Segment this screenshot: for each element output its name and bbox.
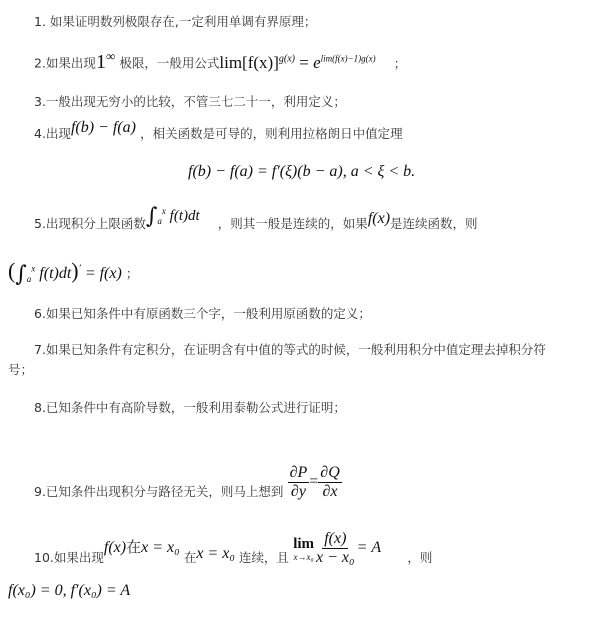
lim-word: lim: [293, 536, 314, 552]
item-4: 4.出现f(b) − f(a) ，相关函数是可导的，则利用拉格朗日中值定理: [34, 124, 403, 143]
cond2: x = x₀: [196, 545, 235, 562]
item-2-suffix: ；: [394, 56, 407, 71]
upper: x: [162, 206, 166, 216]
item-10-result: f(x₀) = 0, f′(x₀) = A: [8, 582, 130, 600]
item-7-text1: 7.如果已知条件有定积分，在证明含有中值的等式的时候，一般利用积分中值定理去掉积…: [34, 342, 546, 357]
lagrange-formula: f(b) − f(a) = f′(ξ)(b − a), a < ξ < b.: [188, 163, 415, 181]
fx: f(x): [368, 210, 390, 227]
item-2: 2.如果出现1∞ 极限，一般用公式lim[f(x)]g(x) = elim(f(…: [34, 48, 406, 74]
den: x − x₀: [314, 549, 357, 567]
item-7-line2: 号；: [8, 360, 33, 378]
integral-expr: ∫ax f(t)dt: [146, 208, 200, 224]
rhs: = A: [357, 539, 382, 556]
ftc-rhs: = f(x): [85, 265, 122, 282]
base: 1: [96, 51, 106, 73]
dp-dy: ∂P∂y: [288, 464, 310, 501]
item-3-text: 3.一般出现无穷小的比较，不管三七二十一，利用定义；: [34, 94, 346, 109]
exp: ∞: [106, 48, 115, 63]
item-7-text2: 号；: [8, 362, 33, 377]
num: ∂P: [288, 464, 310, 483]
rhs-exp: lim(f(x)−1)g(x): [321, 53, 376, 63]
dq-dx: ∂Q∂x: [318, 464, 341, 501]
item-5-mid: ，则其一般是连续的，如果: [218, 216, 368, 231]
ftc-formula: (∫ax f(t)dt)′ = f(x) ；: [8, 258, 138, 287]
item-10-suffix: ，则: [407, 550, 432, 565]
item-2-mid: 极限，一般用公式: [119, 56, 219, 71]
num: f(x): [322, 530, 348, 549]
item-9-prefix: 9.已知条件出现积分与路径无关，则马上想到: [34, 484, 283, 499]
lower: a: [157, 216, 162, 226]
item-4-suffix: ，相关函数是可导的，则利用拉格朗日中值定理: [140, 126, 403, 141]
fx: f(x): [104, 539, 126, 556]
item-5-prefix: 5.出现积分上限函数: [34, 216, 146, 231]
item-4-prefix: 4.出现: [34, 126, 71, 141]
item-2-prefix: 2.如果出现: [34, 56, 96, 71]
eq: =: [309, 473, 318, 490]
num: ∂Q: [318, 464, 341, 483]
integrand: f(t)dt: [170, 208, 200, 224]
item-1: 1. 如果证明数列极限存在,一定利用单调有界原理；: [34, 12, 316, 30]
item-7-line1: 7.如果已知条件有定积分，在证明含有中值的等式的时候，一般利用积分中值定理去掉积…: [34, 340, 546, 358]
item-4-expr: f(b) − f(a): [71, 119, 136, 136]
item-10-mid: 连续，且: [239, 550, 289, 565]
lower2: a: [27, 274, 32, 284]
item-10-prefix: 10.如果出现: [34, 550, 104, 565]
ftc-end: ；: [126, 267, 139, 281]
item-6-text: 6.如果已知条件中有原函数三个字，一般利用原函数的定义；: [34, 306, 371, 321]
upper2: x: [31, 264, 35, 274]
den: ∂x: [321, 483, 340, 501]
item-3: 3.一般出现无穷小的比较，不管三七二十一，利用定义；: [34, 92, 346, 110]
integrand2: f(t)dt: [39, 265, 71, 282]
limit-formula: lim[f(x)]g(x) = elim(f(x)−1)g(x): [219, 53, 375, 72]
prime: ′: [79, 264, 81, 275]
zai2: 在: [184, 550, 197, 565]
limit-frac: f(x)x − x₀: [314, 530, 357, 567]
rhs: e: [313, 53, 321, 72]
item-9: 9.已知条件出现积分与路径无关，则马上想到 ∂P∂y=∂Q∂x: [34, 464, 342, 501]
item-1-text: 1. 如果证明数列极限存在,一定利用单调有界原理；: [34, 14, 316, 29]
item-8-text: 8.已知条件中有高阶导数，一般利用泰勒公式进行证明；: [34, 400, 346, 415]
item-10: 10.如果出现f(x)在x = x₀ 在x = x₀ 连续，且 limx→x₀f…: [34, 530, 432, 567]
lagrange-text: f(b) − f(a) = f′(ξ)(b − a), a < ξ < b.: [188, 163, 415, 180]
item-5: 5.出现积分上限函数∫ax f(t)dt ，则其一般是连续的，如果f(x)是连续…: [34, 212, 478, 237]
lim-sub: x→x₀: [294, 552, 314, 562]
limit: limx→x₀: [293, 536, 314, 562]
item-8: 8.已知条件中有高阶导数，一般利用泰勒公式进行证明；: [34, 398, 346, 416]
item-6: 6.如果已知条件中有原函数三个字，一般利用原函数的定义；: [34, 304, 371, 322]
item-5-suffix: 是连续函数，则: [390, 216, 478, 231]
lhs: lim[f(x)]: [219, 53, 278, 72]
lhs-exp: g(x): [279, 53, 295, 64]
result-text: f(x₀) = 0, f′(x₀) = A: [8, 582, 130, 599]
one-infinity: 1∞: [96, 51, 115, 73]
cond1: x = x₀: [141, 539, 180, 556]
den: ∂y: [289, 483, 308, 501]
zai1: 在: [126, 538, 141, 556]
